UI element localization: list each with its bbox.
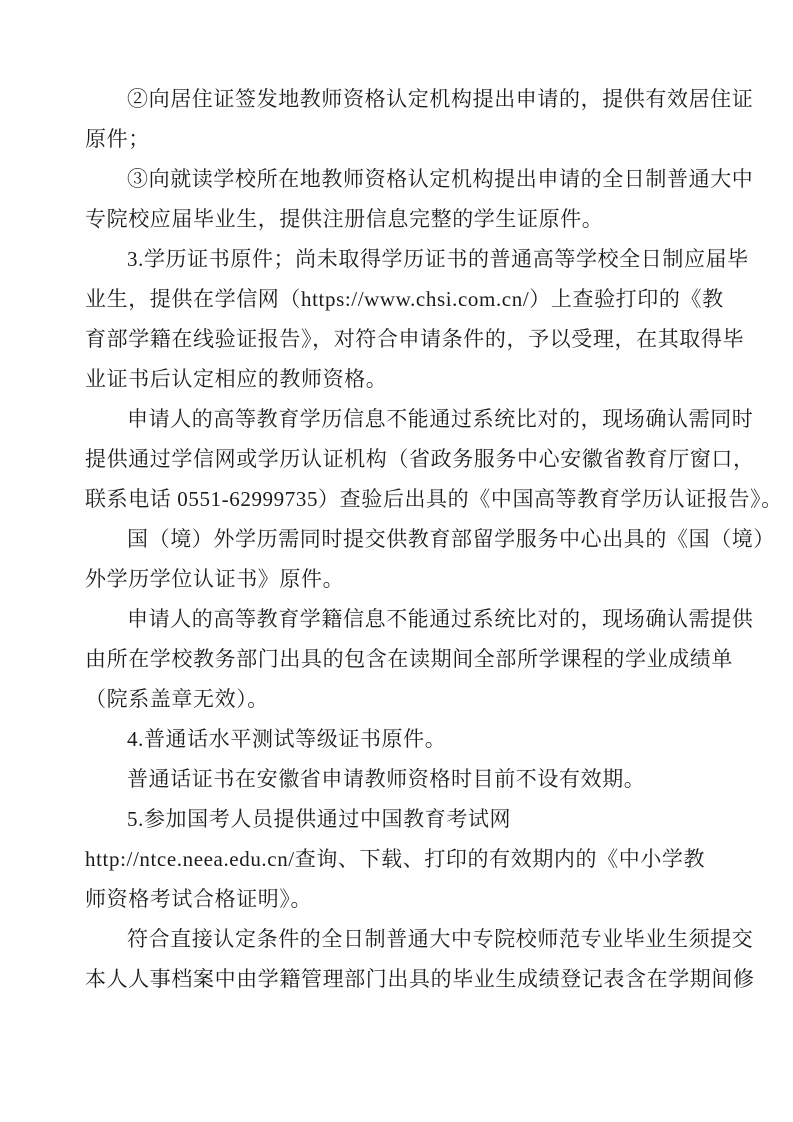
text-line: 专院校应届毕业生，提供注册信息完整的学生证原件。	[85, 199, 710, 239]
text-line: 业证书后认定相应的教师资格。	[85, 359, 710, 399]
text-line: 师资格考试合格证明》。	[85, 879, 710, 919]
text-line: 联系电话 0551-62999735）查验后出具的《中国高等教育学历认证报告》。	[85, 479, 710, 519]
text-line: http://ntce.neea.edu.cn/查询、下载、打印的有效期内的《中…	[85, 839, 710, 879]
document-page: ②向居住证签发地教师资格认定机构提出申请的，提供有效居住证 原件； ③向就读学校…	[0, 0, 793, 1122]
text-line: 业生，提供在学信网（https://www.chsi.com.cn/）上查验打印…	[85, 279, 710, 319]
text-line: 国（境）外学历需同时提交供教育部留学服务中心出具的《国（境）	[85, 519, 710, 559]
text-line: 育部学籍在线验证报告》，对符合申请条件的，予以受理，在其取得毕	[85, 319, 710, 359]
text-line: 提供通过学信网或学历认证机构（省政务服务中心安徽省教育厅窗口，	[85, 439, 710, 479]
text-line: 符合直接认定条件的全日制普通大中专院校师范专业毕业生须提交	[85, 919, 710, 959]
text-line: 由所在学校教务部门出具的包含在读期间全部所学课程的学业成绩单	[85, 639, 710, 679]
text-line: 外学历学位认证书》原件。	[85, 559, 710, 599]
text-line: 5.参加国考人员提供通过中国教育考试网	[85, 799, 710, 839]
text-line: 申请人的高等教育学历信息不能通过系统比对的，现场确认需同时	[85, 399, 710, 439]
text-line: ③向就读学校所在地教师资格认定机构提出申请的全日制普通大中	[85, 159, 710, 199]
text-line: （院系盖章无效）。	[85, 679, 710, 719]
text-line: 4.普通话水平测试等级证书原件。	[85, 719, 710, 759]
text-line: 本人人事档案中由学籍管理部门出具的毕业生成绩登记表含在学期间修	[85, 959, 710, 999]
text-line: 原件；	[85, 119, 710, 159]
text-line: 申请人的高等教育学籍信息不能通过系统比对的，现场确认需提供	[85, 599, 710, 639]
text-line: 3.学历证书原件；尚未取得学历证书的普通高等学校全日制应届毕	[85, 239, 710, 279]
text-line: 普通话证书在安徽省申请教师资格时目前不设有效期。	[85, 759, 710, 799]
text-line: ②向居住证签发地教师资格认定机构提出申请的，提供有效居住证	[85, 79, 710, 119]
